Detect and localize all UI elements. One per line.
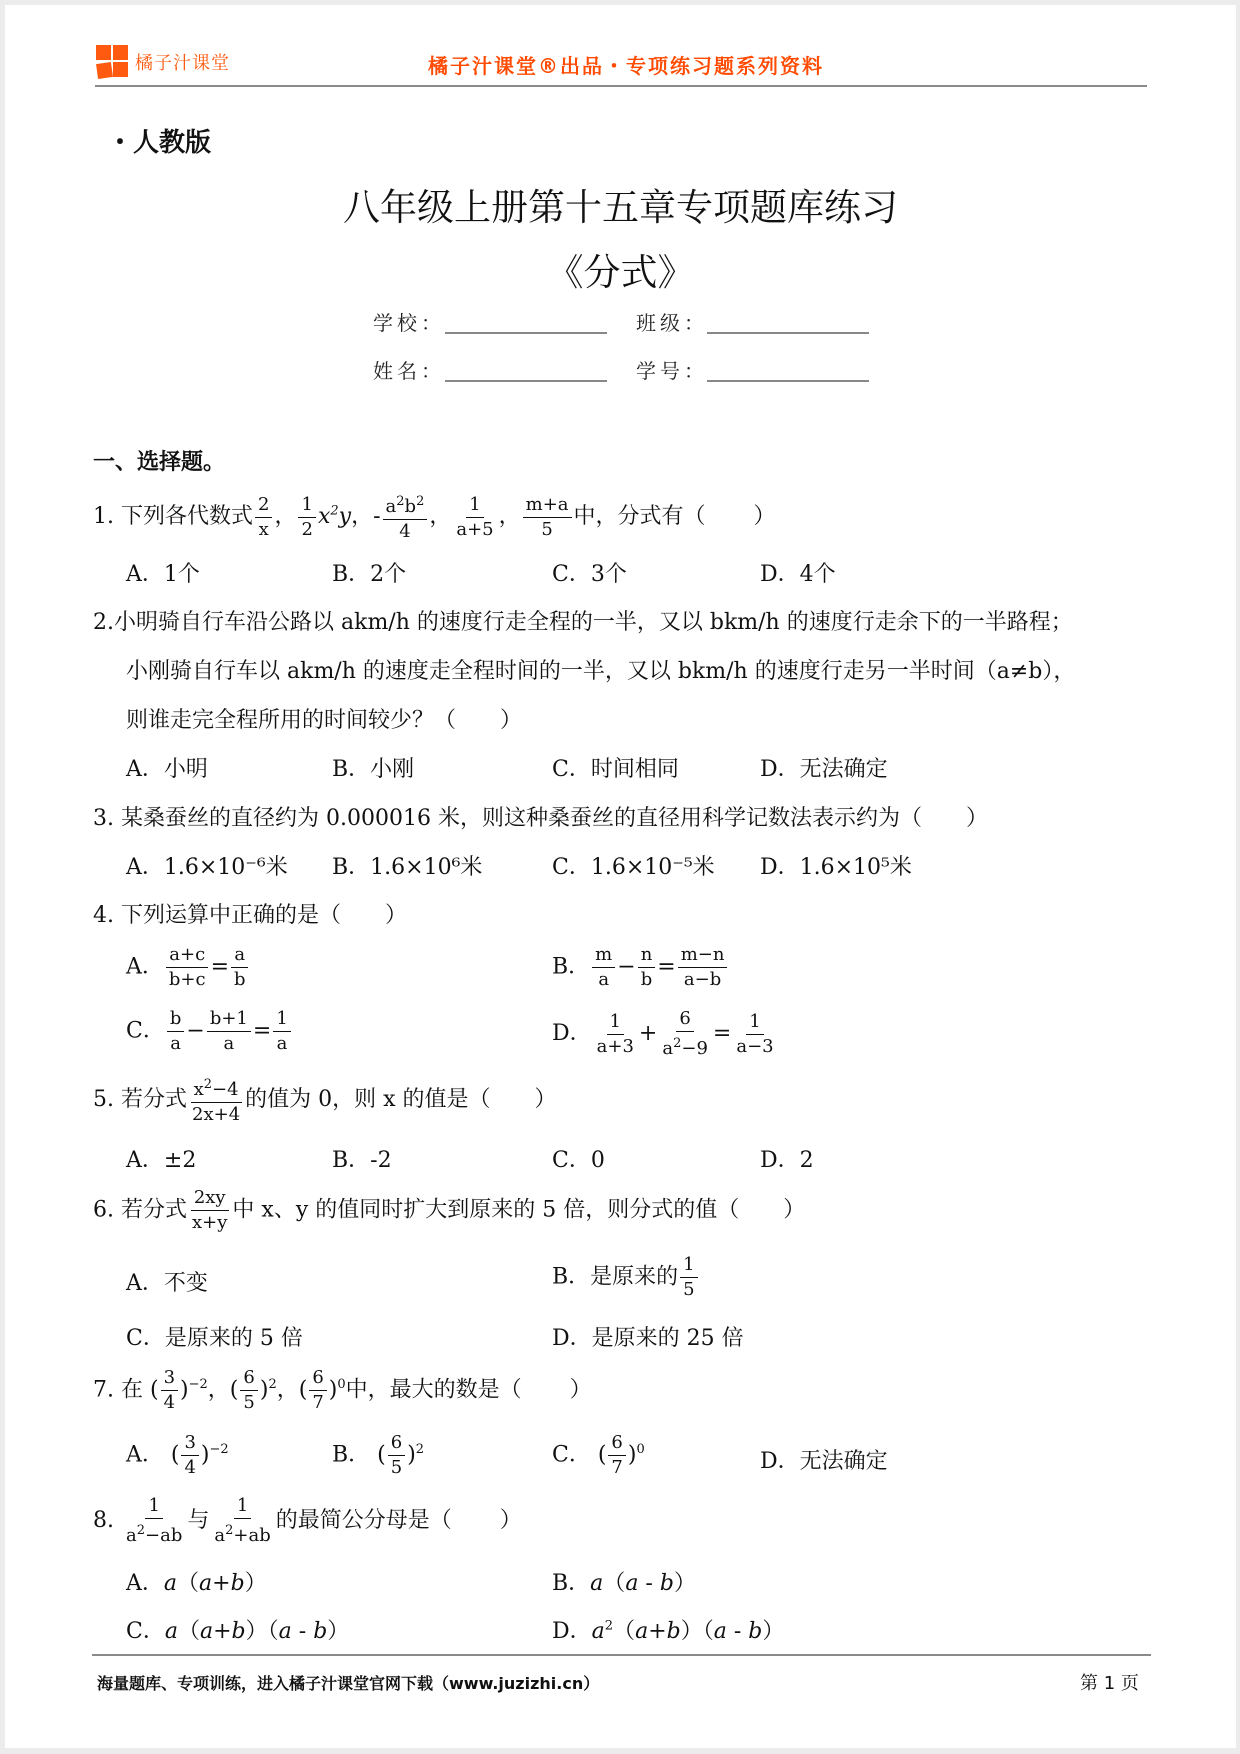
q5-option-c[interactable]: C．0 (552, 1143, 605, 1174)
q3-option-c[interactable]: C．1.6×10⁻⁵米 (552, 850, 715, 881)
q2-option-c[interactable]: C．时间相同 (552, 752, 679, 783)
question-7: 7. 在 (34)−2，(65)2，(67)0中，最大的数是（） (93, 1366, 592, 1415)
question-4: 4. 下列运算中正确的是（ ） (93, 898, 407, 929)
question-2-line-2: 小刚骑自行车以 akm/h 的速度走全程时间的一半，又以 bkm/h 的速度行走… (126, 654, 1075, 685)
q7-option-d[interactable]: D．无法确定 (760, 1444, 888, 1475)
question-3: 3. 某桑蚕丝的直径约为 0.000016 米，则这种桑蚕丝的直径用科学记数法表… (93, 801, 988, 832)
q5-option-b[interactable]: B．-2 (332, 1143, 392, 1174)
q4-option-b[interactable]: B．ma−nb=m−na−b (552, 943, 729, 992)
page-number: 第 1 页 (1080, 1669, 1139, 1695)
q7-option-a[interactable]: A． (34)−2 (126, 1431, 229, 1480)
class-label: 班级： (636, 307, 708, 336)
q2-option-a[interactable]: A．小明 (126, 752, 208, 783)
q7-option-c[interactable]: C． (67)0 (552, 1431, 645, 1480)
q2-option-d[interactable]: D．无法确定 (760, 752, 888, 783)
student-id-field[interactable] (707, 379, 869, 382)
q1-option-d[interactable]: D．4个 (760, 557, 836, 588)
question-2: 2.小明骑自行车沿公路以 akm/h 的速度行走全程的一半，又以 bkm/h 的… (93, 605, 1073, 636)
footer-text: 海量题库、专项训练，进入橘子汁课堂官网下载（www.juzizhi.cn） (97, 1671, 599, 1694)
footer-divider (92, 1654, 1151, 1656)
q7-option-b[interactable]: B． (65)2 (332, 1431, 424, 1480)
school-field[interactable] (445, 331, 607, 334)
q3-option-a[interactable]: A．1.6×10⁻⁶米 (126, 850, 288, 881)
school-label: 学校： (373, 307, 445, 336)
question-1: 1. 下列各代数式2x，12x2y，-a2b24，1a+5，m+a5中，分式有（… (93, 490, 776, 544)
q6-option-b[interactable]: B．是原来的15 (552, 1253, 700, 1302)
question-2-line-3: 则谁走完全程所用的时间较少？（ ） (126, 703, 522, 734)
q6-option-c[interactable]: C．是原来的 5 倍 (126, 1321, 303, 1352)
logo-text: 橘子汁课堂 (135, 49, 230, 75)
page-subtitle: 《分式》 (5, 242, 1236, 296)
q1-option-a[interactable]: A．1个 (126, 557, 200, 588)
document-page: 橘子汁课堂 橘子汁课堂®出品・专项练习题系列资料 ・人教版 八年级上册第十五章专… (5, 5, 1236, 1748)
question-5: 5. 若分式x2−42x+4的值为 0，则 x 的值是（ ） (93, 1073, 557, 1127)
edition-label: ・人教版 (107, 122, 211, 159)
name-field[interactable] (445, 379, 607, 382)
header-divider (95, 85, 1147, 87)
q4-option-a[interactable]: A．a+cb+c=ab (126, 943, 251, 992)
q5-option-d[interactable]: D．2 (760, 1143, 814, 1174)
q1-option-b[interactable]: B．2个 (332, 557, 406, 588)
q5-option-a[interactable]: A．±2 (126, 1143, 196, 1174)
header-tagline: 橘子汁课堂®出品・专项练习题系列资料 (428, 50, 824, 79)
student-id-label: 学号： (636, 355, 708, 384)
class-field[interactable] (707, 331, 869, 334)
q4-option-c[interactable]: C．ba−b+1a=1a (126, 1007, 293, 1056)
q8-option-d[interactable]: D．a2（a+b）（a - b） (552, 1614, 784, 1645)
question-6: 6. 若分式2xyx+y中 x、y 的值同时扩大到原来的 5 倍，则分式的值（ … (93, 1186, 805, 1235)
q6-option-d[interactable]: D．是原来的 25 倍 (552, 1321, 744, 1352)
q3-option-d[interactable]: D．1.6×10⁵米 (760, 850, 912, 881)
q6-option-a[interactable]: A．不变 (126, 1266, 208, 1297)
page-title: 八年级上册第十五章专项题库练习 (5, 177, 1236, 231)
question-8: 8. 1a2−ab与1a2+ab的最简公分母是（） (93, 1494, 522, 1548)
q8-option-c[interactable]: C．a（a+b）（a - b） (126, 1614, 349, 1645)
q3-option-b[interactable]: B．1.6×10⁶米 (332, 850, 482, 881)
q1-option-c[interactable]: C．3个 (552, 557, 627, 588)
q2-option-b[interactable]: B．小刚 (332, 752, 414, 783)
q8-option-b[interactable]: B．a（a - b） (552, 1566, 696, 1597)
section-heading: 一、选择题。 (93, 445, 225, 476)
q8-option-a[interactable]: A．a（a+b） (126, 1566, 267, 1597)
logo-icon (96, 45, 130, 79)
q4-option-d[interactable]: D．1a+3+6a2−9=1a−3 (552, 1007, 779, 1061)
name-label: 姓名： (373, 355, 445, 384)
